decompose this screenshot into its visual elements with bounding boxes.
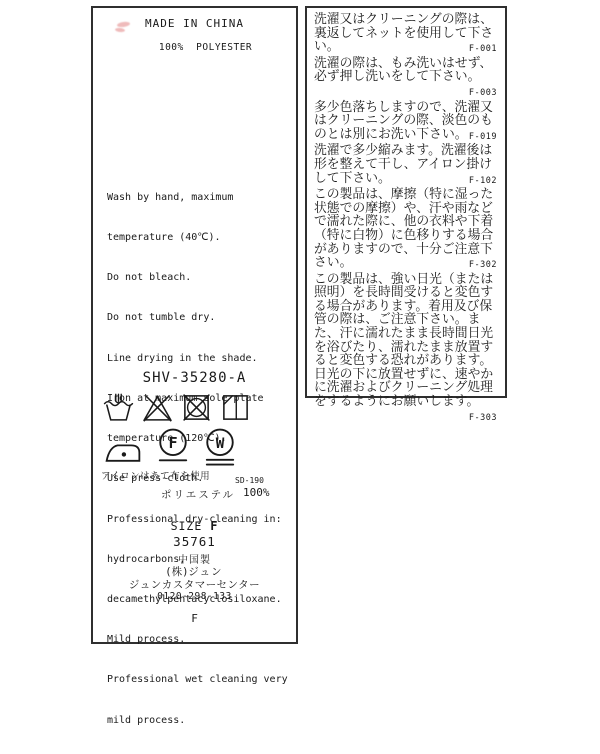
care-line: Mild process. [107,633,290,646]
care-line: Line drying in the shade. [107,352,290,365]
care-note-code: F-001 [469,40,497,57]
fabric-code: SD-190 [235,476,264,485]
composition-text: 100% POLYESTER [93,42,296,53]
care-note-code: F-102 [469,172,497,189]
care-note-text: この製品は、強い日光（または照明）を長時間受けると変色する場合があります。着用及… [314,272,493,409]
wet-clean-W-icon: W [203,427,237,469]
line-dry-in-shade-icon [220,392,251,423]
care-note-text: 洗濯の際は、もみ洗いはせず、必ず押し洗いをして下さい。 [314,56,492,85]
care-line: mild process. [107,714,290,727]
made-in-text: MADE IN CHINA [93,17,296,30]
care-note: 洗濯で多少縮みます。洗濯後は形を整えて干し、アイロン掛けして下さい。F-102 [314,144,497,188]
care-note-text: 洗濯で多少縮みます。洗濯後は形を整えて干し、アイロン掛けして下さい。 [314,143,492,185]
phone-number: 0120-298-133 [93,591,296,602]
iron-press-cloth-note: アイロンはあて布を使用 [101,468,210,482]
care-note: 洗濯の際は、もみ洗いはせず、必ず押し洗いをして下さい。F-003 [314,57,497,101]
care-line: temperature (40℃). [107,231,290,244]
customer-center-name: ジュンカスタマーセンター [93,577,296,592]
washing-notes-panel: 洗濯又はクリーニングの際は、裏返してネットを使用して下さい。F-001 洗濯の際… [305,6,507,398]
svg-text:W: W [216,436,225,452]
fabric-name: ポリエステル [161,487,235,502]
product-code: SHV-35280-A [93,370,296,386]
care-note-code: F-303 [469,409,497,426]
care-note-text: この製品は、摩擦（特に湿った状態での摩擦）や、汗や雨などで濡れた際に、他の衣料や… [314,187,493,270]
size-value: F [210,519,218,533]
care-line: Wash by hand, maximum [107,191,290,204]
care-note: この製品は、強い日光（または照明）を長時間受けると変色する場合があります。着用及… [314,273,497,426]
care-line: Professional wet cleaning very [107,673,290,686]
dry-clean-F-icon: F [156,427,190,469]
iron-icon [103,434,143,464]
care-note: この製品は、摩擦（特に湿った状態での摩擦）や、汗や雨などで濡れた際に、他の衣料や… [314,188,497,273]
main-care-label-panel: MADE IN CHINA 100% POLYESTER Wash by han… [91,6,298,644]
care-line: Do not bleach. [107,271,290,284]
care-note-text: 多少色落ちしますので、洗濯又はクリーニングの際、淡色のものとは別にお洗い下さい。 [314,100,493,142]
hand-wash-icon [103,392,134,423]
bottom-size-letter: F [93,612,296,625]
care-note: 洗濯又はクリーニングの際は、裏返してネットを使用して下さい。F-001 [314,13,497,57]
care-symbols-row-1 [103,392,251,423]
care-symbols-row-2: F W [103,427,237,469]
care-line: Do not tumble dry. [107,311,290,324]
do-not-tumble-dry-icon [181,392,212,423]
fabric-percent: 100% [243,486,270,499]
care-note-text: 洗濯又はクリーニングの際は、裏返してネットを使用して下さい。 [314,12,493,54]
care-note-code: F-003 [469,84,497,101]
care-note-code: F-019 [469,128,497,145]
care-note: 多少色落ちしますので、洗濯又はクリーニングの際、淡色のものとは別にお洗い下さい。… [314,101,497,145]
do-not-bleach-icon [142,392,173,423]
size-label: SIZE [171,519,203,533]
size-line: SIZE F [93,519,296,533]
care-note-code: F-302 [469,256,497,273]
svg-text:F: F [168,434,177,452]
item-number: 35761 [93,534,296,549]
